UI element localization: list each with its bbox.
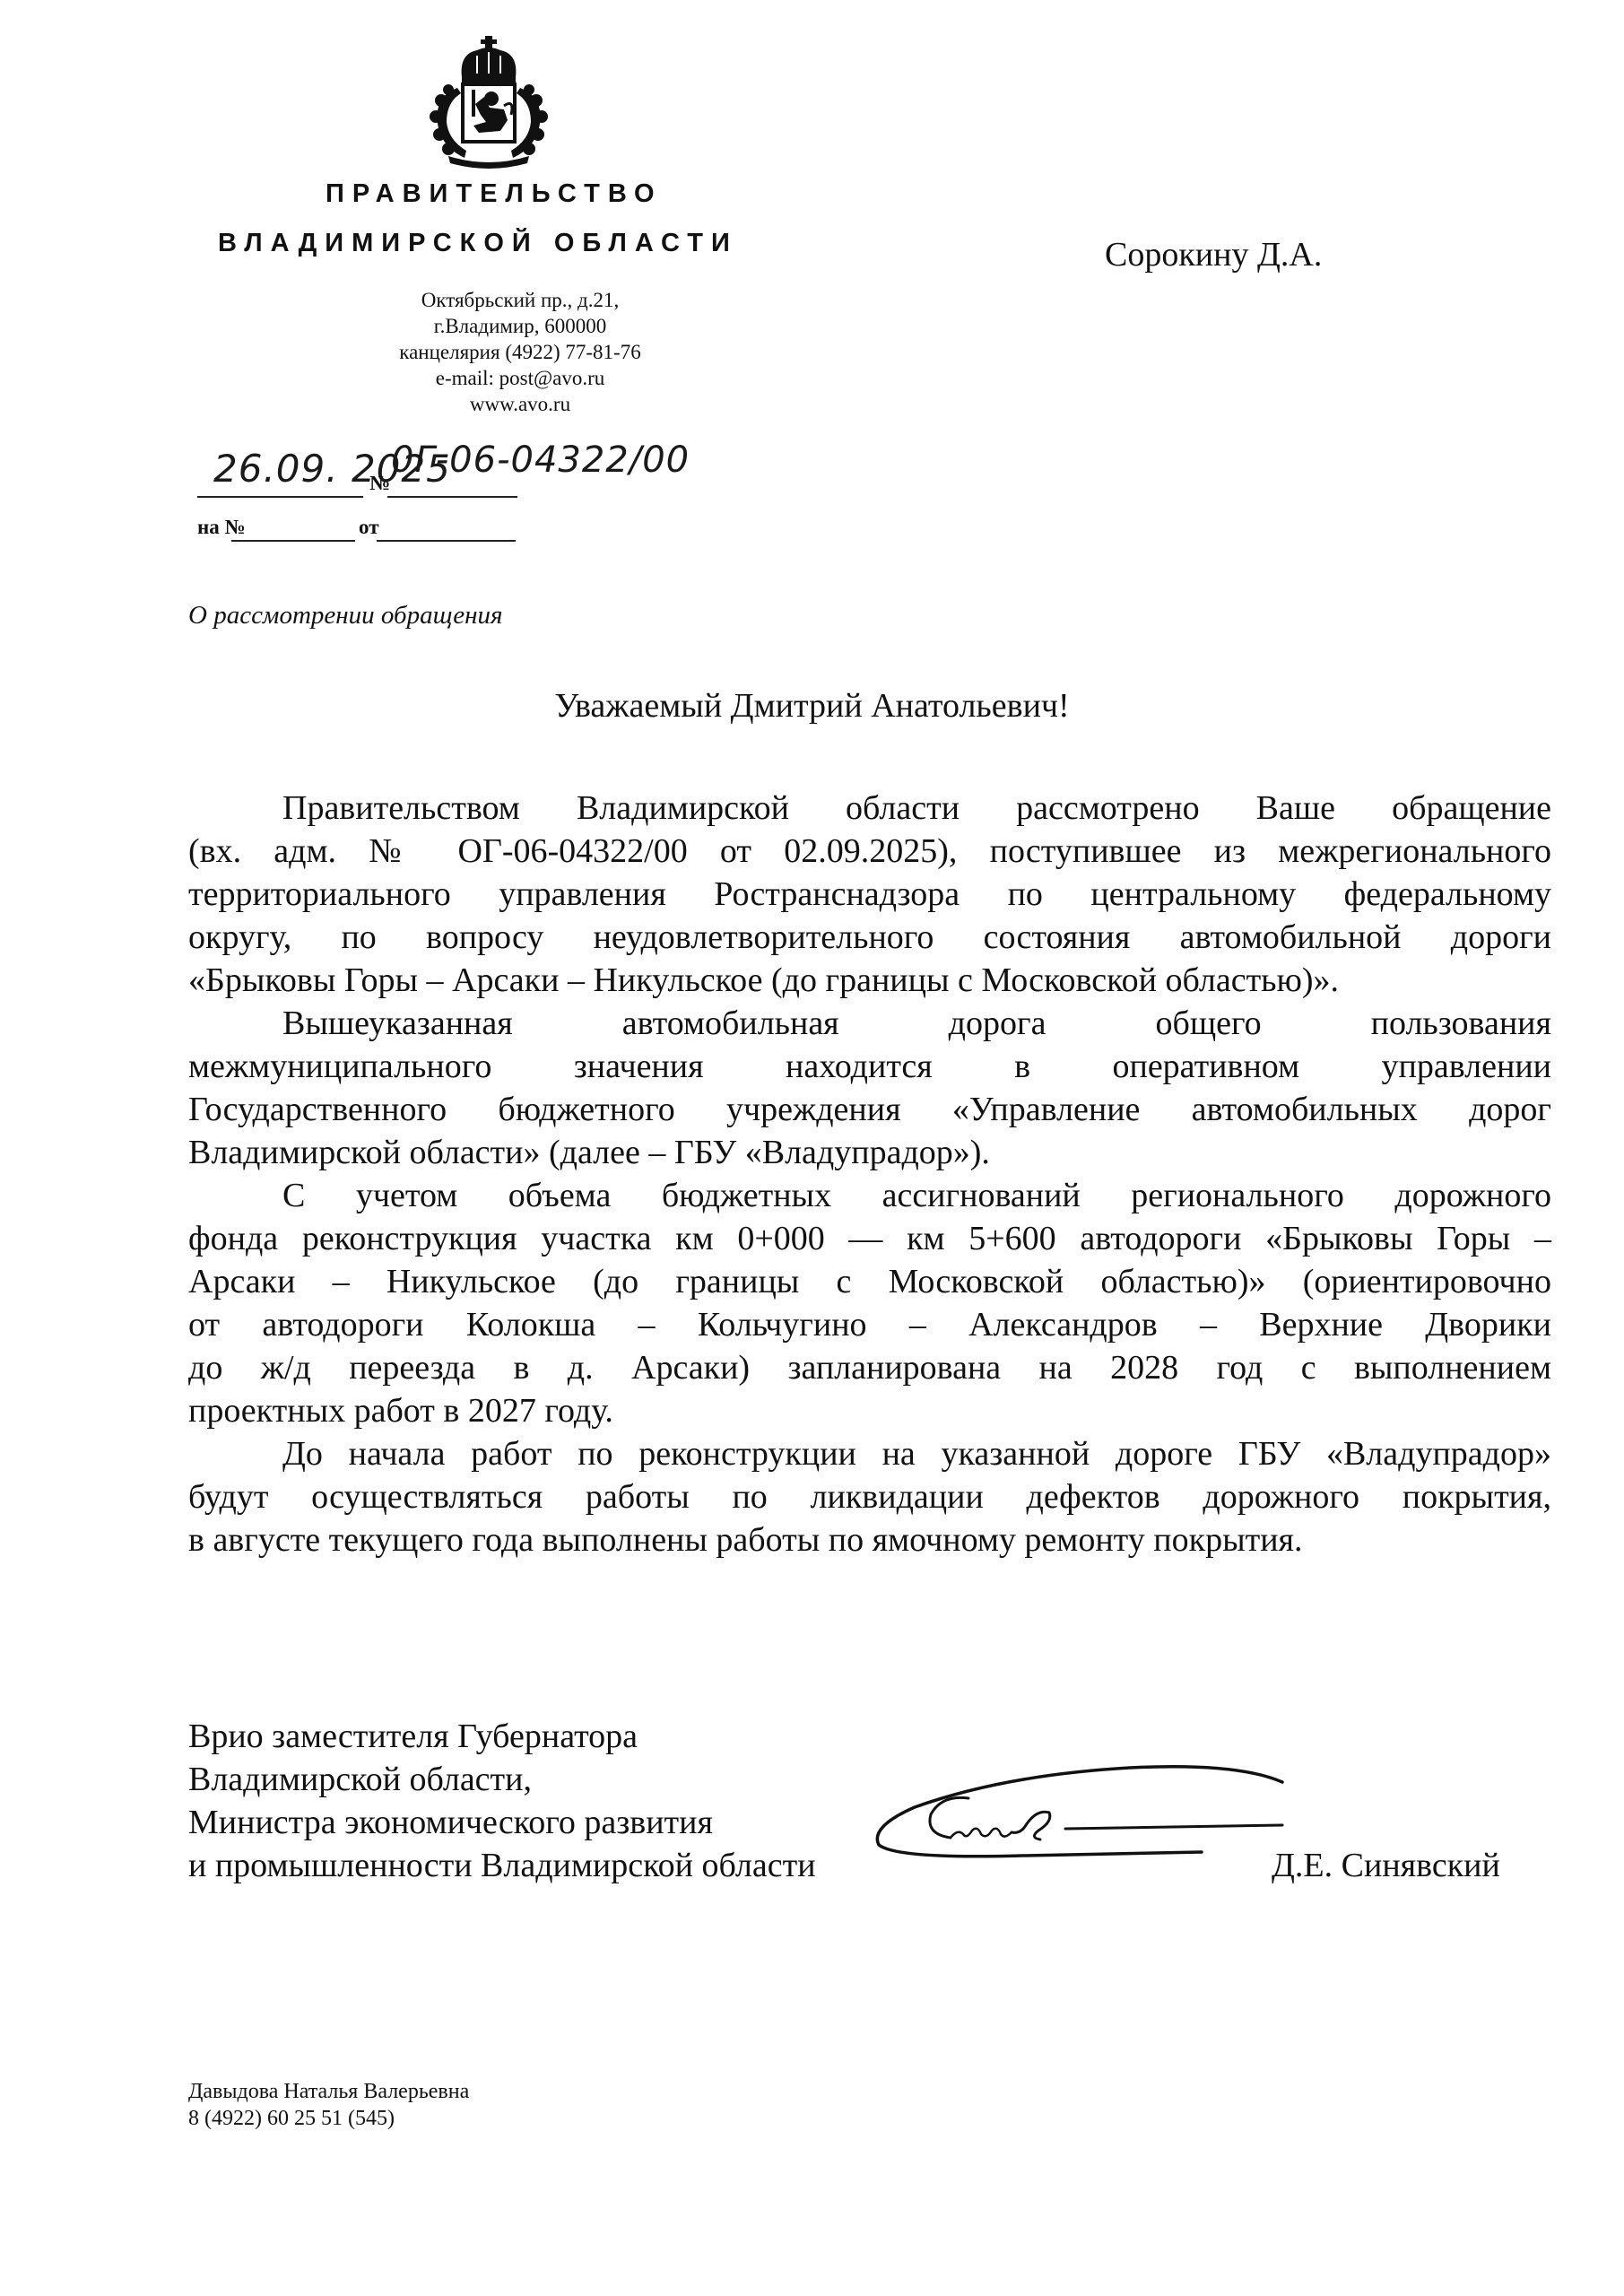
body-line: Владимирской области» (далее – ГБУ «Влад…: [188, 1131, 1551, 1174]
signatory-position-line: и промышленности Владимирской области: [188, 1844, 816, 1887]
addressee: Сорокину Д.А.: [1105, 235, 1322, 274]
executor-name: Давыдова Наталья Валерьевна: [188, 2078, 469, 2105]
body-line: Правительством Владимирской области расс…: [188, 787, 1551, 830]
address-email: e-mail: post@avo.ru: [341, 365, 699, 391]
body-line: Арсаки – Никульское (до границы с Москов…: [188, 1260, 1551, 1303]
in-reply-label: на №: [197, 516, 246, 539]
body-line: проектных работ в 2027 году.: [188, 1389, 1551, 1432]
from-label: от: [359, 516, 379, 539]
body-line: до ж/д переезда в д. Арсаки) запланирова…: [188, 1346, 1551, 1389]
letter-subject: О рассмотрении обращения: [188, 601, 502, 631]
handwritten-signature-icon: [861, 1762, 1291, 1861]
signatory-position-line: Министра экономического развития: [188, 1801, 713, 1844]
coat-of-arms-icon: [421, 34, 556, 169]
body-line: До начала работ по реконструкции на указ…: [188, 1432, 1551, 1475]
signer-name: Д.Е. Синявский: [1272, 1844, 1500, 1887]
in-reply-number-field: [231, 540, 355, 542]
executor-phone: 8 (4922) 60 25 51 (545): [188, 2105, 395, 2132]
address-website: www.avo.ru: [341, 391, 699, 417]
body-line: Вышеуказанная автомобильная дорога общег…: [188, 1002, 1551, 1045]
in-reply-date-field: [377, 540, 516, 542]
address-city: г.Владимир, 600000: [341, 313, 699, 339]
body-line: округу, по вопросу неудовлетворительного…: [188, 916, 1551, 959]
date-underline: [197, 496, 363, 498]
body-line: (вх. адм. № ОГ-06-04322/00 от 02.09.2025…: [188, 830, 1551, 873]
address-street: Октябрьский пр., д.21,: [341, 287, 699, 313]
body-line: от автодороги Колокша – Кольчугино – Але…: [188, 1303, 1551, 1346]
body-line: межмуниципального значения находится в о…: [188, 1045, 1551, 1088]
address-phone: канцелярия (4922) 77-81-76: [341, 339, 699, 365]
body-line: С учетом объема бюджетных ассигнований р…: [188, 1174, 1551, 1217]
organization-address: Октябрьский пр., д.21, г.Владимир, 60000…: [341, 287, 699, 417]
number-sign-label: №: [369, 472, 390, 495]
greeting: Уважаемый Дмитрий Анатольевич!: [0, 686, 1624, 726]
number-underline: [387, 496, 517, 498]
body-line: в августе текущего года выполнены работы…: [188, 1518, 1551, 1561]
body-line: территориального управления Ространснадз…: [188, 873, 1551, 916]
signatory-position-line: Врио заместителя Губернатора: [188, 1715, 638, 1758]
signatory-position-line: Владимирской области,: [188, 1758, 532, 1801]
body-line: Государственного бюджетного учреждения «…: [188, 1088, 1551, 1131]
body-line: фонда реконструкция участка км 0+000 — к…: [188, 1217, 1551, 1260]
organization-name: ПРАВИТЕЛЬСТВО: [326, 179, 663, 209]
outgoing-number: 0Г-06-04322/00: [391, 439, 690, 481]
body-line: будут осуществляться работы по ликвидаци…: [188, 1475, 1551, 1518]
organization-region: ВЛАДИМИРСКОЙ ОБЛАСТИ: [218, 229, 738, 258]
body-line: «Брыковы Горы – Арсаки – Никульское (до …: [188, 959, 1551, 1002]
